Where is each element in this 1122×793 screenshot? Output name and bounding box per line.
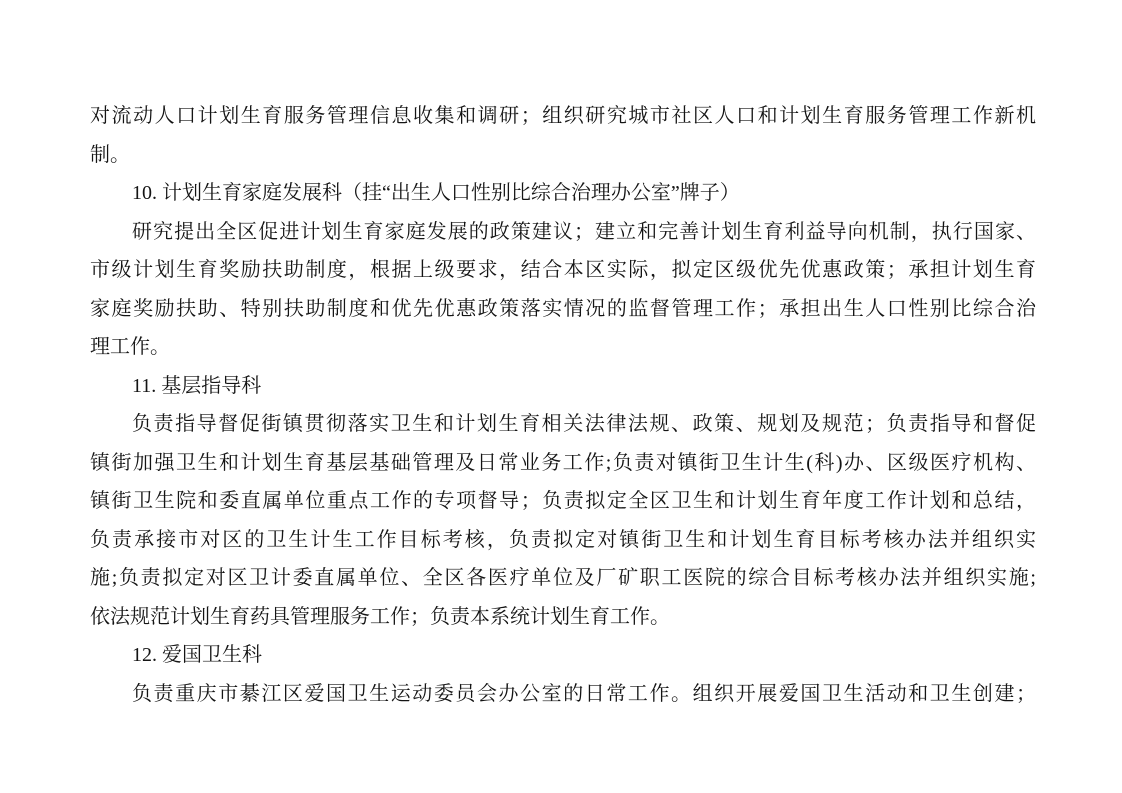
text-line: 研究提出全区促进计划生育家庭发展的政策建议；建立和完善计划生育利益导向机制，执行… [90,213,1036,252]
text-line: 镇街卫生院和委直属单位重点工作的专项督导；负责拟定全区卫生和计划生育年度工作计划… [90,482,1036,521]
text-line: 家庭奖励扶助、特别扶助制度和优先优惠政策落实情况的监督管理工作；承担出生人口性别… [90,290,1036,329]
text-line: 理工作。 [90,328,1036,367]
text-line: 制。 [90,136,1036,175]
text-line: 对流动人口计划生育服务管理信息收集和调研；组织研究城市社区人口和计划生育服务管理… [90,97,1036,136]
text-line: 负责承接市对区的卫生计生工作目标考核，负责拟定对镇街卫生和计划生育目标考核办法并… [90,521,1036,560]
text-line: 负责指导督促街镇贯彻落实卫生和计划生育相关法律法规、政策、规划及规范；负责指导和… [90,405,1036,444]
document-text-block: 对流动人口计划生育服务管理信息收集和调研；组织研究城市社区人口和计划生育服务管理… [90,97,1036,713]
text-line: 施;负责拟定对区卫计委直属单位、全区各医疗单位及厂矿职工医院的综合目标考核办法并… [90,559,1036,598]
text-line: 负责重庆市綦江区爱国卫生运动委员会办公室的日常工作。组织开展爱国卫生活动和卫生创… [90,675,1036,714]
section-heading: 12. 爱国卫生科 [90,636,1036,675]
section-heading: 11. 基层指导科 [90,367,1036,406]
text-line: 市级计划生育奖励扶助制度，根据上级要求，结合本区实际，拟定区级优先优惠政策；承担… [90,251,1036,290]
document-page: 对流动人口计划生育服务管理信息收集和调研；组织研究城市社区人口和计划生育服务管理… [0,0,1122,793]
text-line: 镇街加强卫生和计划生育基层基础管理及日常业务工作;负责对镇街卫生计生(科)办、区… [90,444,1036,483]
text-line: 依法规范计划生育药具管理服务工作；负责本系统计划生育工作。 [90,598,1036,637]
section-heading: 10. 计划生育家庭发展科（挂“出生人口性别比综合治理办公室”牌子） [90,174,1036,213]
